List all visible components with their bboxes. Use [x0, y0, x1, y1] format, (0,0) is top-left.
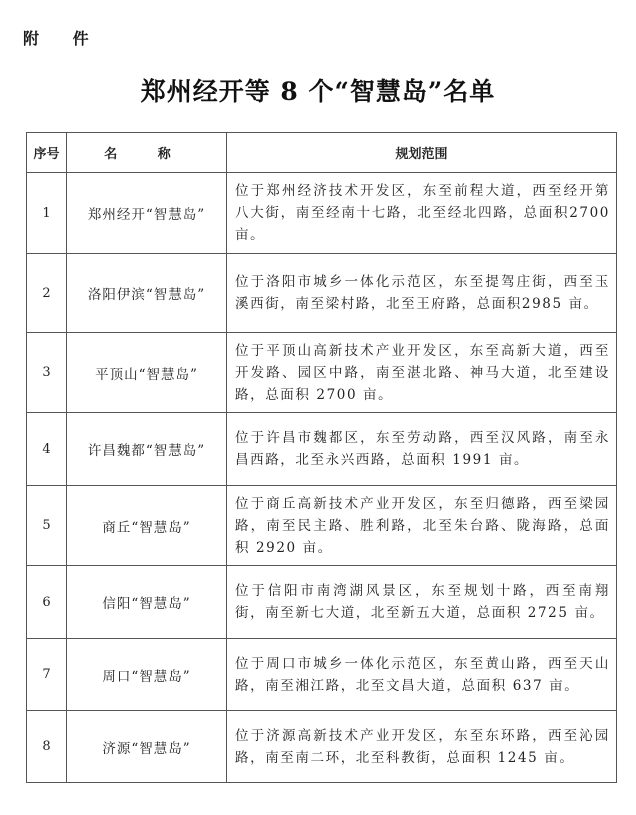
header-name: 名 称 [67, 133, 227, 173]
header-name-label: 名 称 [104, 147, 189, 162]
document-title: 郑州经开等 8 个“智慧岛”名单 [0, 72, 636, 108]
row-index: 1 [27, 173, 67, 254]
row-name: 平顶山“智慧岛” [67, 333, 227, 413]
row-name: 周口“智慧岛” [67, 639, 227, 711]
row-index: 4 [27, 413, 67, 486]
row-index: 7 [27, 639, 67, 711]
table-row: 1郑州经开“智慧岛”位于郑州经济技术开发区，东至前程大道，西至经开第八大街，南至… [27, 173, 617, 254]
row-scope: 位于许昌市魏都区，东至劳动路，西至汉风路，南至永昌西路，北至永兴西路，总面积 1… [227, 413, 617, 486]
row-scope: 位于周口市城乡一体化示范区，东至黄山路，西至天山路，南至湘江路，北至文昌大道，总… [227, 639, 617, 711]
table-row: 8济源“智慧岛”位于济源高新技术产业开发区，东至东环路，西至沁园路，南至南二环，… [27, 711, 617, 783]
row-index: 8 [27, 711, 67, 783]
row-scope: 位于洛阳市城乡一体化示范区，东至提驾庄街，西至玉溪西街，南至梁村路，北至王府路，… [227, 254, 617, 333]
table-row: 2洛阳伊滨“智慧岛”位于洛阳市城乡一体化示范区，东至提驾庄街，西至玉溪西街，南至… [27, 254, 617, 333]
row-name: 商丘“智慧岛” [67, 486, 227, 566]
row-scope: 位于商丘高新技术产业开发区，东至归德路，西至梁园路，南至民主路、胜利路，北至朱台… [227, 486, 617, 566]
row-name: 郑州经开“智慧岛” [67, 173, 227, 254]
table-header-row: 序号 名 称 规划范围 [27, 133, 617, 173]
table-row: 5商丘“智慧岛”位于商丘高新技术产业开发区，东至归德路，西至梁园路，南至民主路、… [27, 486, 617, 566]
smart-island-table: 序号 名 称 规划范围 1郑州经开“智慧岛”位于郑州经济技术开发区，东至前程大道… [26, 132, 617, 783]
attachment-label: 附 件 [23, 26, 103, 49]
row-scope: 位于信阳市南湾湖风景区，东至规划十路，西至南翔街，南至新七大道，北至新五大道，总… [227, 566, 617, 639]
row-index: 3 [27, 333, 67, 413]
row-scope: 位于济源高新技术产业开发区，东至东环路，西至沁园路，南至南二环，北至科教街，总面… [227, 711, 617, 783]
table-row: 6信阳“智慧岛”位于信阳市南湾湖风景区，东至规划十路，西至南翔街，南至新七大道，… [27, 566, 617, 639]
row-name: 许昌魏都“智慧岛” [67, 413, 227, 486]
row-name: 济源“智慧岛” [67, 711, 227, 783]
row-name: 信阳“智慧岛” [67, 566, 227, 639]
header-index: 序号 [27, 133, 67, 173]
row-index: 2 [27, 254, 67, 333]
row-scope: 位于平顶山高新技术产业开发区，东至高新大道，西至开发路、园区中路，南至湛北路、神… [227, 333, 617, 413]
header-scope: 规划范围 [227, 133, 617, 173]
row-index: 5 [27, 486, 67, 566]
row-scope: 位于郑州经济技术开发区，东至前程大道，西至经开第八大街，南至经南十七路，北至经北… [227, 173, 617, 254]
row-name: 洛阳伊滨“智慧岛” [67, 254, 227, 333]
table-row: 4许昌魏都“智慧岛”位于许昌市魏都区，东至劳动路，西至汉风路，南至永昌西路，北至… [27, 413, 617, 486]
row-index: 6 [27, 566, 67, 639]
table-row: 3平顶山“智慧岛”位于平顶山高新技术产业开发区，东至高新大道，西至开发路、园区中… [27, 333, 617, 413]
table-row: 7周口“智慧岛”位于周口市城乡一体化示范区，东至黄山路，西至天山路，南至湘江路，… [27, 639, 617, 711]
